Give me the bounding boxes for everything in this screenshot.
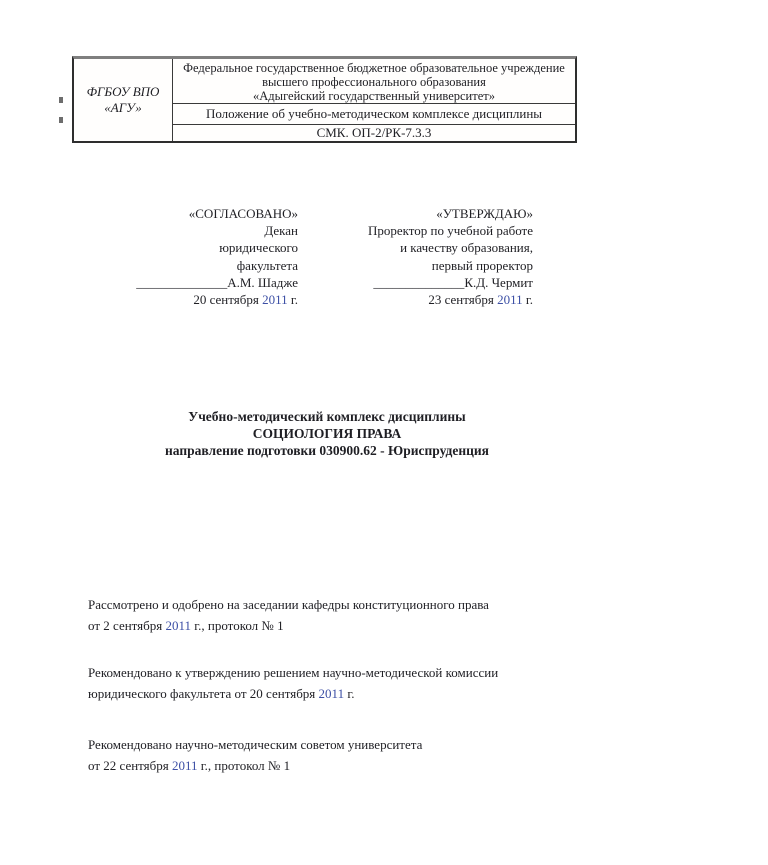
approved-signature-line: ______________К.Д. Чермит (330, 274, 533, 291)
approved-position-line2: и качеству образования, (330, 239, 533, 256)
agreed-date-line: 20 сентября 2011 г. (98, 291, 298, 308)
scan-artifact (59, 97, 63, 103)
agreed-date-suffix: г. (288, 292, 298, 307)
department-review-paragraph: Рассмотрено и одобрено на заседании кафе… (88, 595, 668, 636)
organization-name-line2: высшего профессионального образования (262, 75, 486, 89)
approved-date-suffix: г. (523, 292, 533, 307)
logo-cell: ФГБОУ ВПО «АГУ» (74, 59, 173, 141)
organization-name-line1: Федеральное государственное бюджетное об… (183, 61, 565, 75)
approved-block: «УТВЕРЖДАЮ» Проректор по учебной работе … (330, 205, 533, 308)
agreed-block: «СОГЛАСОВАНО» Декан юридического факульт… (98, 205, 298, 308)
council-recommendation-line1: Рекомендовано научно-методическим совето… (88, 735, 668, 756)
commission-date-year: 2011 (319, 686, 345, 701)
agreed-position-line1: Декан (98, 222, 298, 239)
agreed-date-prefix: 20 сентября (193, 292, 262, 307)
agreed-date-year: 2011 (262, 292, 288, 307)
approved-date-line: 23 сентября 2011 г. (330, 291, 533, 308)
agreed-title: «СОГЛАСОВАНО» (98, 205, 298, 222)
council-date-prefix: от 22 сентября (88, 758, 172, 773)
program-direction: направление подготовки 030900.62 - Юрисп… (77, 442, 577, 459)
regulation-title: Положение об учебно-методическом комплек… (206, 106, 542, 122)
header-right-column: Федеральное государственное бюджетное об… (173, 59, 575, 141)
department-review-line2: от 2 сентября 2011 г., протокол № 1 (88, 616, 668, 637)
commission-recommendation-line1: Рекомендовано к утверждению решением нау… (88, 663, 668, 684)
department-review-date-suffix: г., протокол № 1 (191, 618, 284, 633)
department-review-date-year: 2011 (166, 618, 192, 633)
council-recommendation-line2: от 22 сентября 2011 г., протокол № 1 (88, 756, 668, 777)
agreed-position-line3: факультета (98, 257, 298, 274)
council-date-year: 2011 (172, 758, 198, 773)
department-review-date-prefix: от 2 сентября (88, 618, 166, 633)
umk-title: Учебно-методический комплекс дисциплины (77, 408, 577, 425)
logo-abbreviation-line2: «АГУ» (104, 100, 141, 116)
umk-title-block: Учебно-методический комплекс дисциплины … (77, 408, 577, 460)
approved-title: «УТВЕРЖДАЮ» (330, 205, 533, 222)
commission-recommendation-line2: юридического факультета от 20 сентября 2… (88, 684, 668, 705)
smk-code: СМК. ОП-2/РК-7.3.3 (317, 125, 432, 141)
agreed-signature-line: ______________А.М. Шадже (98, 274, 298, 291)
smk-code-cell: СМК. ОП-2/РК-7.3.3 (173, 124, 575, 141)
organization-name-cell: Федеральное государственное бюджетное об… (173, 59, 575, 103)
council-date-suffix: г., протокол № 1 (198, 758, 291, 773)
approved-position-line3: первый проректор (330, 257, 533, 274)
commission-recommendation-paragraph: Рекомендовано к утверждению решением нау… (88, 663, 668, 704)
commission-date-suffix: г. (344, 686, 354, 701)
regulation-title-cell: Положение об учебно-методическом комплек… (173, 103, 575, 124)
document-page: ФГБОУ ВПО «АГУ» Федеральное государствен… (0, 0, 768, 865)
university-header-table: ФГБОУ ВПО «АГУ» Федеральное государствен… (72, 56, 577, 143)
organization-name-line3: «Адыгейский государственный университет» (253, 89, 495, 103)
scan-artifact (59, 117, 63, 123)
agreed-position-line2: юридического (98, 239, 298, 256)
discipline-name: СОЦИОЛОГИЯ ПРАВА (77, 425, 577, 442)
department-review-line1: Рассмотрено и одобрено на заседании кафе… (88, 595, 668, 616)
council-recommendation-paragraph: Рекомендовано научно-методическим совето… (88, 735, 668, 776)
approved-date-prefix: 23 сентября (428, 292, 497, 307)
approved-position-line1: Проректор по учебной работе (330, 222, 533, 239)
commission-date-prefix: юридического факультета от 20 сентября (88, 686, 319, 701)
approved-date-year: 2011 (497, 292, 523, 307)
logo-abbreviation-line1: ФГБОУ ВПО (87, 84, 160, 100)
